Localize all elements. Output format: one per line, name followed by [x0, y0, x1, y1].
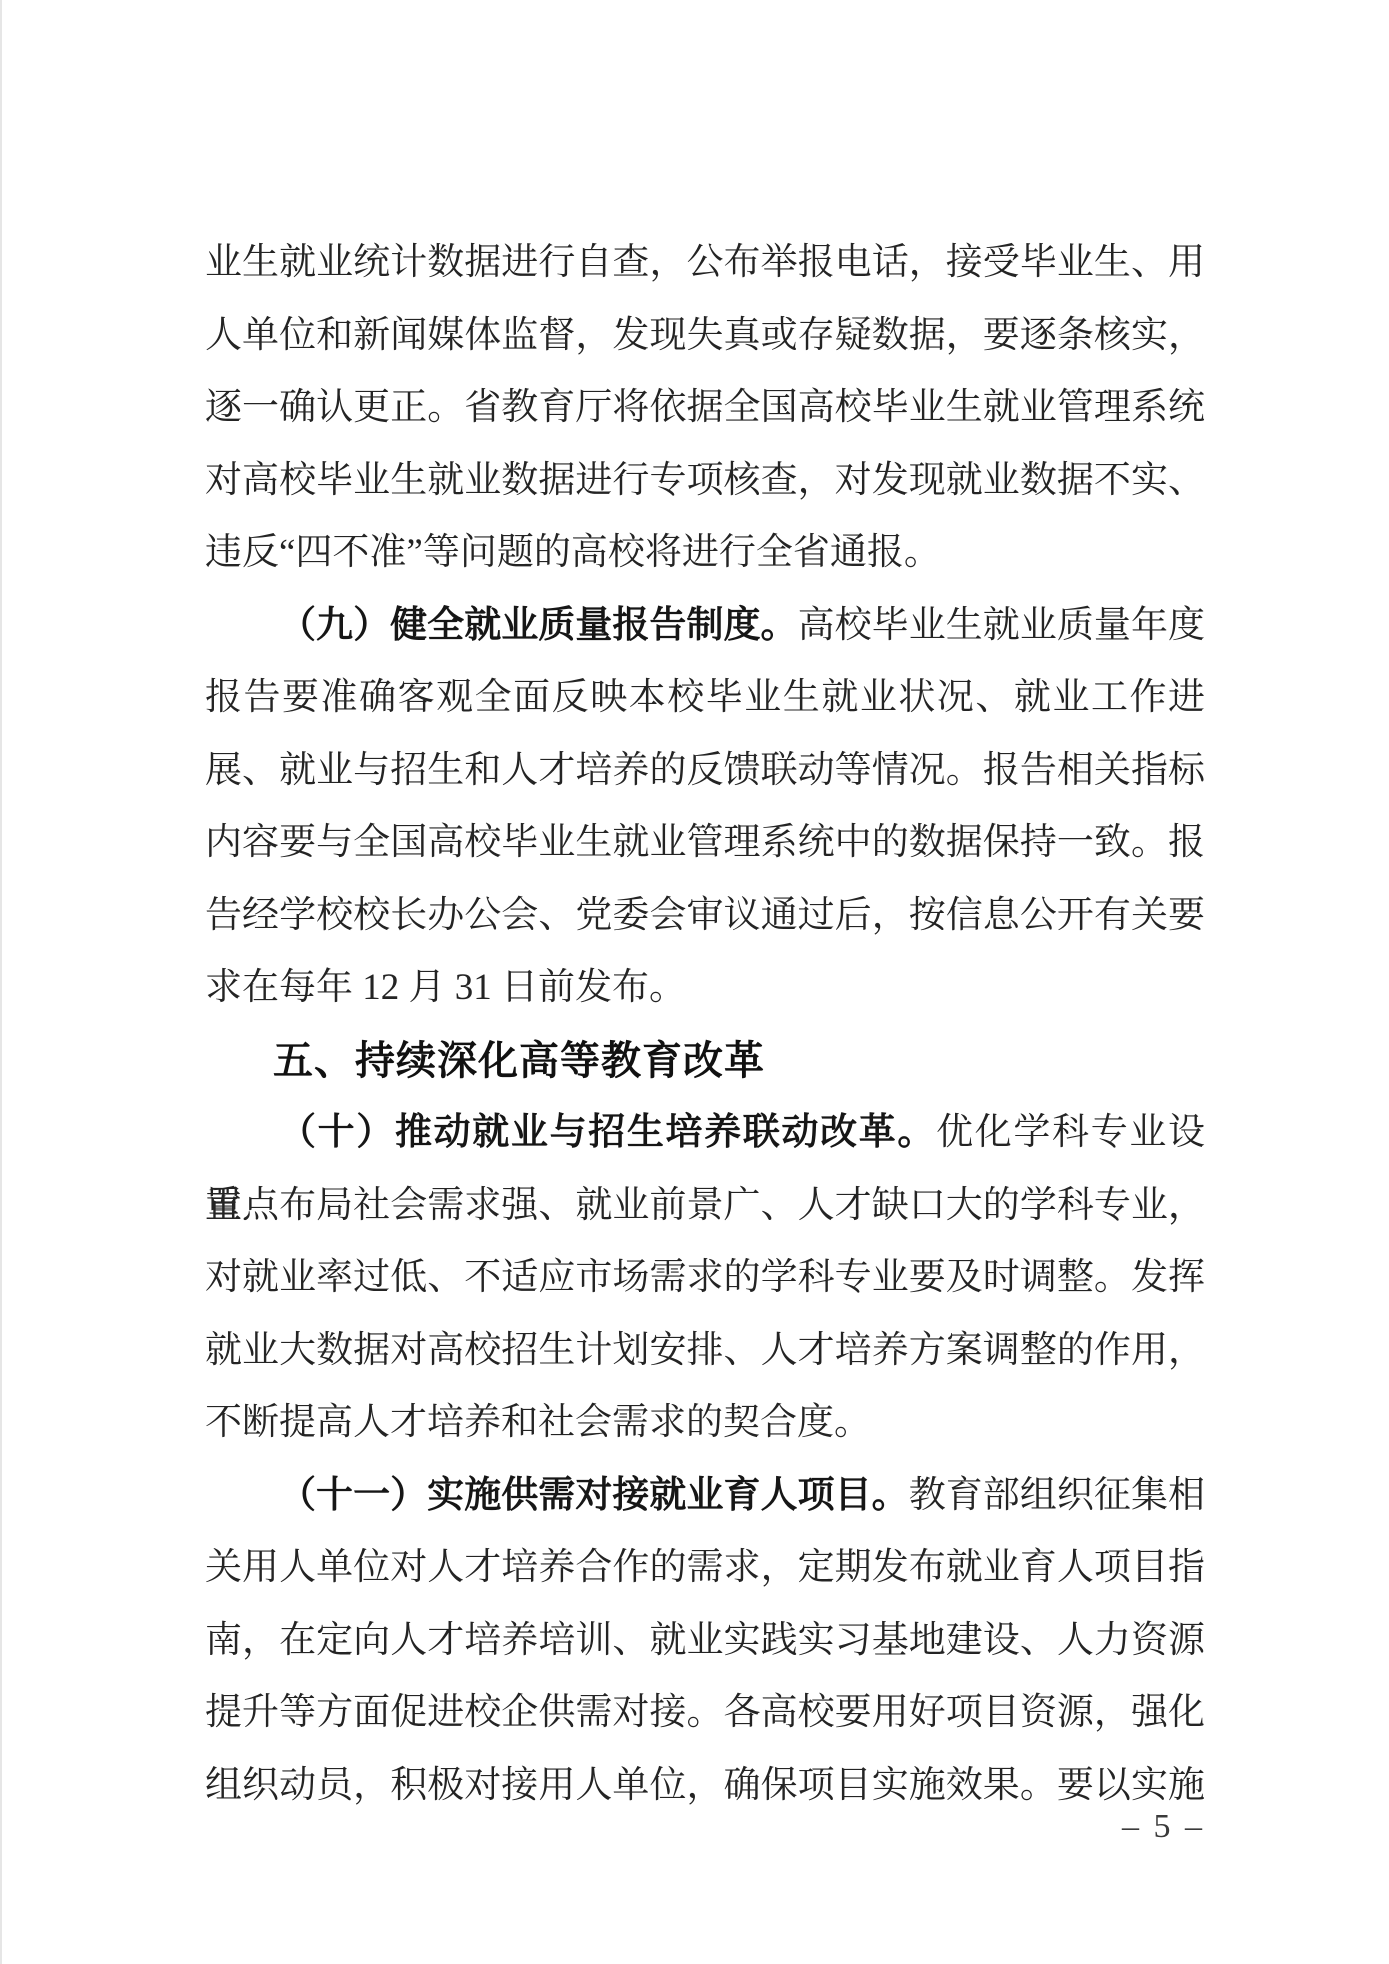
paragraph-lead: （十）推动就业与招生培养联动改革。 — [279, 1112, 936, 1153]
text-line: 对高校毕业生就业数据进行专项核查，对发现就业数据不实、 — [205, 445, 1205, 518]
text-line: 关用人单位对人才培养合作的需求，定期发布就业育人项目指 — [205, 1532, 1205, 1605]
paragraph-text: 高校毕业生就业质量年度 — [798, 605, 1205, 646]
paragraph-lead: （九）健全就业质量报告制度。 — [279, 605, 798, 646]
paragraph-lead-line: （十）推动就业与招生培养联动改革。优化学科专业设置， — [205, 1097, 1205, 1170]
text-line: 人单位和新闻媒体监督，发现失真或存疑数据，要逐条核实， — [205, 300, 1205, 373]
text-line: 报告要准确客观全面反映本校毕业生就业状况、就业工作进 — [205, 662, 1205, 735]
document-page: 业生就业统计数据进行自查，公布举报电话，接受毕业生、用 人单位和新闻媒体监督，发… — [0, 0, 1389, 1964]
text-line: 业生就业统计数据进行自查，公布举报电话，接受毕业生、用 — [205, 227, 1205, 300]
text-line: 告经学校校长办公会、党委会审议通过后，按信息公开有关要 — [205, 880, 1205, 953]
text-line: 违反“四不准”等问题的高校将进行全省通报。 — [205, 517, 1205, 590]
paragraph-lead-line: （十一）实施供需对接就业育人项目。教育部组织征集相 — [205, 1460, 1205, 1533]
text-line: 组织动员，积极对接用人单位，确保项目实施效果。要以实施 — [205, 1750, 1205, 1823]
text-line: 南，在定向人才培养培训、就业实践实习基地建设、人力资源 — [205, 1605, 1205, 1678]
text-line: 不断提高人才培养和社会需求的契合度。 — [205, 1387, 1205, 1460]
paragraph-text: 教育部组织征集相 — [909, 1475, 1205, 1516]
text-line: 逐一确认更正。省教育厅将依据全国高校毕业生就业管理系统 — [205, 372, 1205, 445]
document-body: 业生就业统计数据进行自查，公布举报电话，接受毕业生、用 人单位和新闻媒体监督，发… — [205, 227, 1205, 1822]
text-line: 就业大数据对高校招生计划安排、人才培养方案调整的作用， — [205, 1315, 1205, 1388]
section-heading: 五、持续深化高等教育改革 — [205, 1025, 1205, 1098]
paragraph-lead: （十一）实施供需对接就业育人项目。 — [279, 1475, 909, 1516]
text-line: 内容要与全国高校毕业生就业管理系统中的数据保持一致。报 — [205, 807, 1205, 880]
text-line: 重点布局社会需求强、就业前景广、人才缺口大的学科专业， — [205, 1170, 1205, 1243]
paragraph-lead-line: （九）健全就业质量报告制度。高校毕业生就业质量年度 — [205, 590, 1205, 663]
text-line: 对就业率过低、不适应市场需求的学科专业要及时调整。发挥 — [205, 1242, 1205, 1315]
text-line: 求在每年 12 月 31 日前发布。 — [205, 952, 1205, 1025]
text-line: 展、就业与招生和人才培养的反馈联动等情况。报告相关指标 — [205, 735, 1205, 808]
page-number: – 5 – — [1122, 1808, 1205, 1846]
text-line: 提升等方面促进校企供需对接。各高校要用好项目资源，强化 — [205, 1677, 1205, 1750]
